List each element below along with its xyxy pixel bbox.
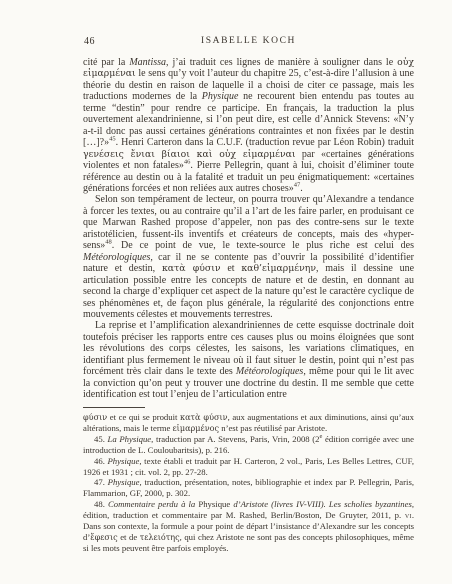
text-segment: Commentaire perdu à la: [108, 499, 198, 509]
text-segment: 45.: [94, 434, 108, 444]
body-paragraph: La reprise et l’amplification alexandrin…: [83, 320, 414, 400]
footnote-separator: [83, 407, 145, 408]
page-header: 46 ISABELLE KOCH: [83, 36, 414, 49]
text-segment: La Physique: [108, 434, 152, 444]
greek-text: καθ’εἱμαρμένην: [241, 263, 316, 274]
text-segment: Météorologiques: [83, 252, 150, 263]
text-segment: cité par la: [83, 57, 129, 68]
text-segment: Physique: [202, 91, 239, 102]
greek-text: ἔφεσις: [90, 532, 117, 542]
greek-text: φύσιν: [83, 412, 107, 422]
text-segment: , j’ai traduit ces lignes de manière à s…: [166, 57, 397, 68]
footnote: φύσιν et ce qui se produit κατὰ φύσιν, a…: [83, 412, 414, 434]
text-segment: 48.: [94, 499, 108, 509]
greek-text: κατὰ φύσιν: [162, 263, 221, 274]
text-segment: Météorologiques: [236, 366, 303, 377]
footnotes: φύσιν et ce qui se produit κατὰ φύσιν, a…: [83, 412, 414, 554]
footnote: 48. Commentaire perdu à la Physique d’Ar…: [83, 499, 414, 554]
body-text: cité par la Mantissa, j’ai traduit ces l…: [83, 57, 414, 401]
text-segment: Physique: [108, 477, 140, 487]
text-segment: vi: [405, 510, 412, 520]
footnote: 46. Physique, texte établi et traduit pa…: [83, 456, 414, 478]
greek-text: τελειότης: [140, 532, 180, 542]
text-segment: et ce qui se produit: [107, 412, 180, 422]
book-page: 46 ISABELLE KOCH cité par la Mantissa, j…: [0, 0, 452, 584]
greek-text: εἱμαρμένος: [173, 423, 220, 433]
greek-text: κατὰ φύσιν: [180, 412, 228, 422]
running-header: ISABELLE KOCH: [83, 36, 414, 46]
text-segment: . De ce point de vue, le texte-source le…: [112, 240, 414, 251]
text-segment: Mantissa: [129, 57, 166, 68]
text-segment: n’est pas réutilisé par Aristote.: [219, 423, 327, 433]
text-segment: Physique: [108, 456, 140, 466]
body-paragraph: cité par la Mantissa, j’ai traduit ces l…: [83, 57, 414, 194]
text-segment: 47.: [94, 477, 108, 487]
text-segment: d’Aristote (livres IV-VIII). Les scholie…: [230, 499, 412, 509]
text-segment: , traduction par A. Stevens, Paris, Vrin…: [151, 434, 319, 444]
text-segment: Physique: [198, 499, 230, 509]
text-segment: . Henri Carteron dans la C.U.F. (traduct…: [116, 137, 414, 148]
body-paragraph: Selon son tempérament de lecteur, on pou…: [83, 194, 414, 320]
footnote: 45. La Physique, traduction par A. Steve…: [83, 434, 414, 456]
text-segment: et de: [118, 532, 140, 542]
text-segment: 46.: [94, 456, 108, 466]
footnote: 47. Physique, traduction, présentation, …: [83, 477, 414, 499]
text-segment: .: [300, 183, 303, 194]
text-segment: et: [221, 263, 242, 274]
